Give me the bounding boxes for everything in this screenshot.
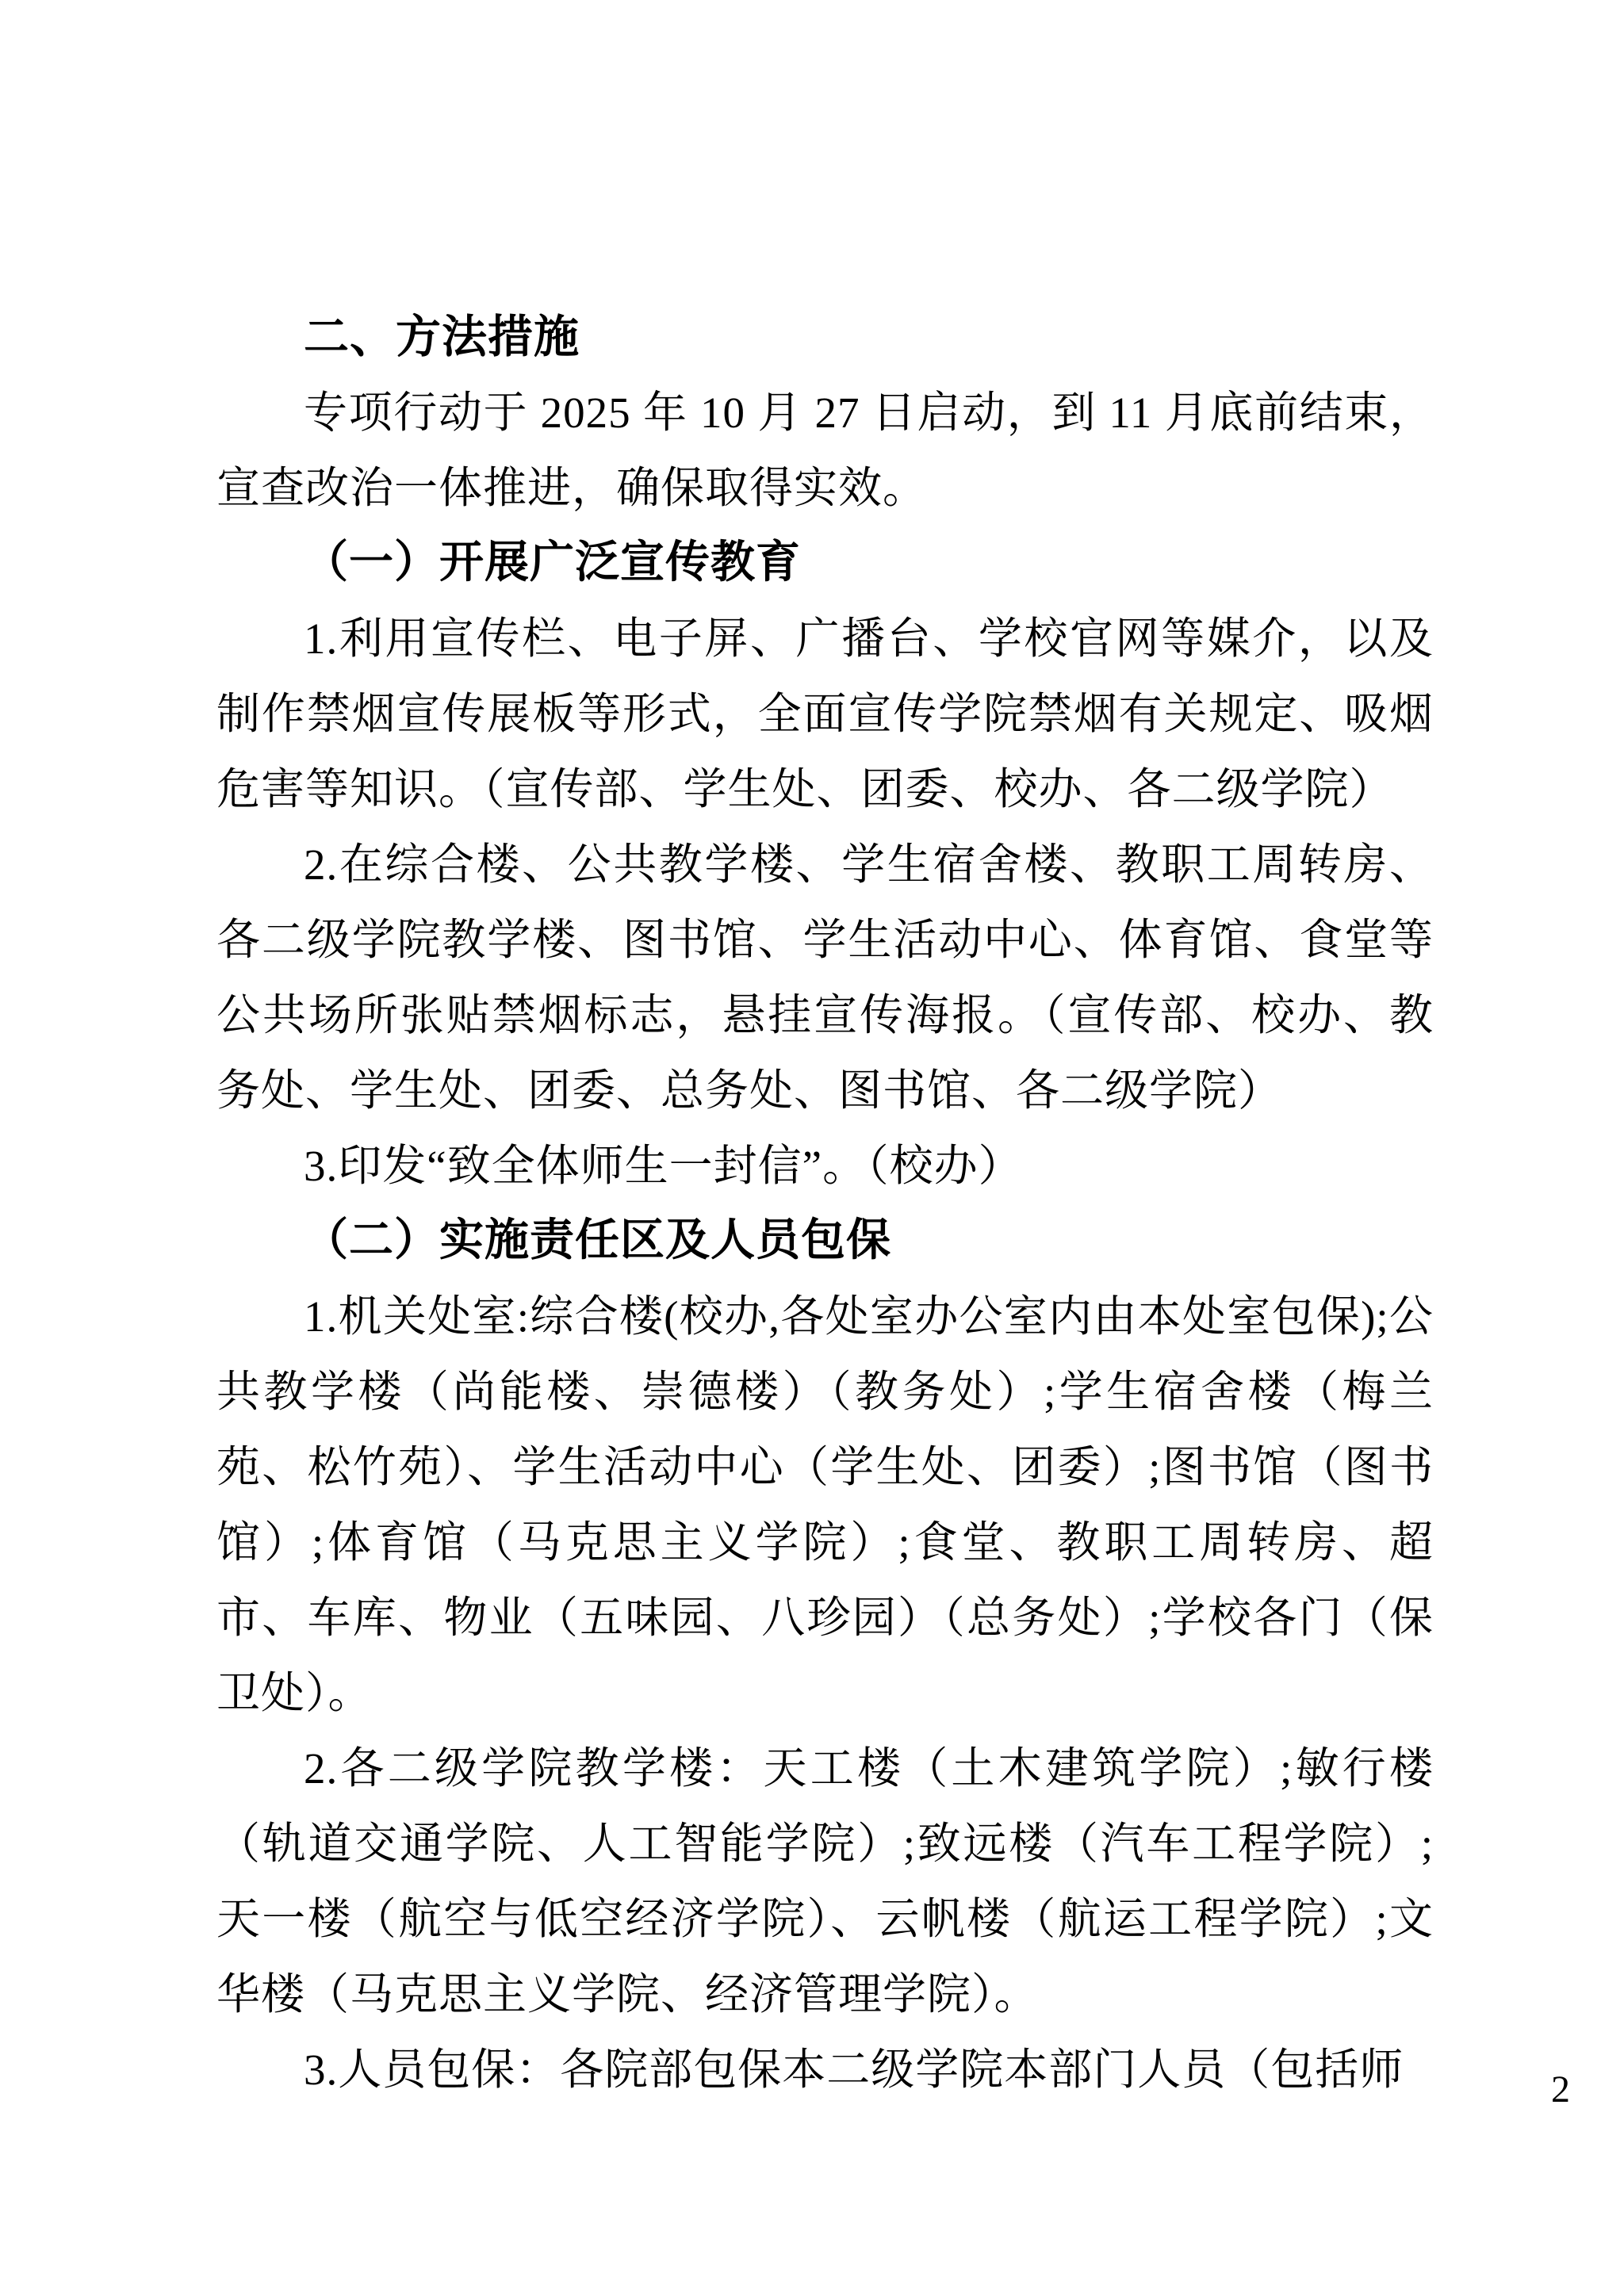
subsection-heading-responsibility: （二）实施责任区及人员包保 (216, 1203, 1434, 1279)
paragraph-publicity-item-3: 3.印发“致全体师生一封信”。（校办） (216, 1128, 1434, 1203)
section-heading-methods: 二、方法措施 (216, 300, 1434, 375)
paragraph-responsibility-item-2: 2.各二级学院教学楼：天工楼（土木建筑学院）;敏行楼（轨道交通学院、人工智能学院… (216, 1731, 1434, 2032)
page-number: 2 (1551, 2068, 1570, 2112)
paragraph-publicity-item-1: 1.利用宣传栏、电子屏、广播台、学校官网等媒介，以及制作禁烟宣传展板等形式，全面… (216, 601, 1434, 827)
document-page: 二、方法措施 专项行动于 2025 年 10 月 27 日启动，到 11 月底前… (0, 0, 1624, 2296)
paragraph-responsibility-item-3: 3.人员包保：各院部包保本二级学院本部门人员（包括师 (216, 2032, 1434, 2107)
paragraph-campaign-schedule: 专项行动于 2025 年 10 月 27 日启动，到 11 月底前结束，宣查改治… (216, 375, 1434, 526)
document-content: 二、方法措施 专项行动于 2025 年 10 月 27 日启动，到 11 月底前… (216, 300, 1434, 2107)
paragraph-responsibility-item-1: 1.机关处室:综合楼(校办,各处室办公室内由本处室包保);公共教学楼（尚能楼、崇… (216, 1279, 1434, 1731)
subsection-heading-publicity: （一）开展广泛宣传教育 (216, 526, 1434, 601)
paragraph-publicity-item-2: 2.在综合楼、公共教学楼、学生宿舍楼、教职工周转房、各二级学院教学楼、图书馆、学… (216, 827, 1434, 1128)
